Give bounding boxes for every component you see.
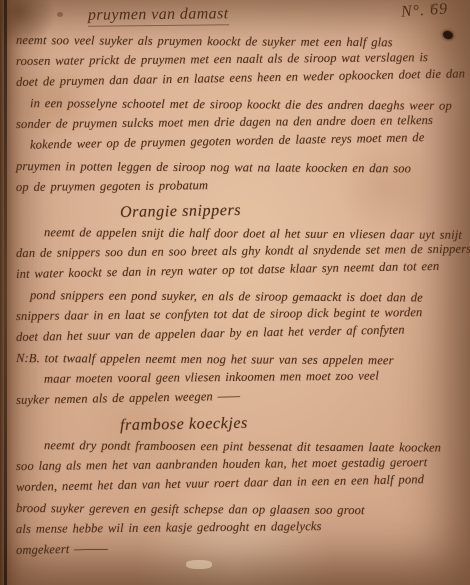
page-content: pruymen van damast N°. 69 neemt soo veel… (0, 0, 470, 585)
recipe-title-frambose-koeckjes: frambose koeckjes (120, 409, 462, 437)
recipe-section-orangie-snippers: Orangie snippers neemt de appelen snijt … (16, 199, 462, 411)
manuscript-page: pruymen van damast N°. 69 neemt soo veel… (0, 0, 470, 585)
recipe-section-frambose-koeckjes: frambose koeckjes neemt dry pondt frambo… (16, 412, 462, 561)
paper-stain (57, 12, 63, 17)
manuscript-line: op de pruymen gegoten is probatum (16, 173, 462, 198)
page-number: N°. 69 (400, 0, 448, 21)
recipe-title-orangie-snippers: Orangie snippers (120, 196, 462, 224)
paper-stain (430, 4, 435, 8)
page-header: pruymen van damast N°. 69 (16, 4, 462, 30)
recipe-title-pruymen: pruymen van damast (88, 5, 229, 26)
paper-stain (186, 560, 212, 569)
recipe-section-pruymen: neemt soo veel suyker als pruymen koockt… (16, 30, 462, 198)
